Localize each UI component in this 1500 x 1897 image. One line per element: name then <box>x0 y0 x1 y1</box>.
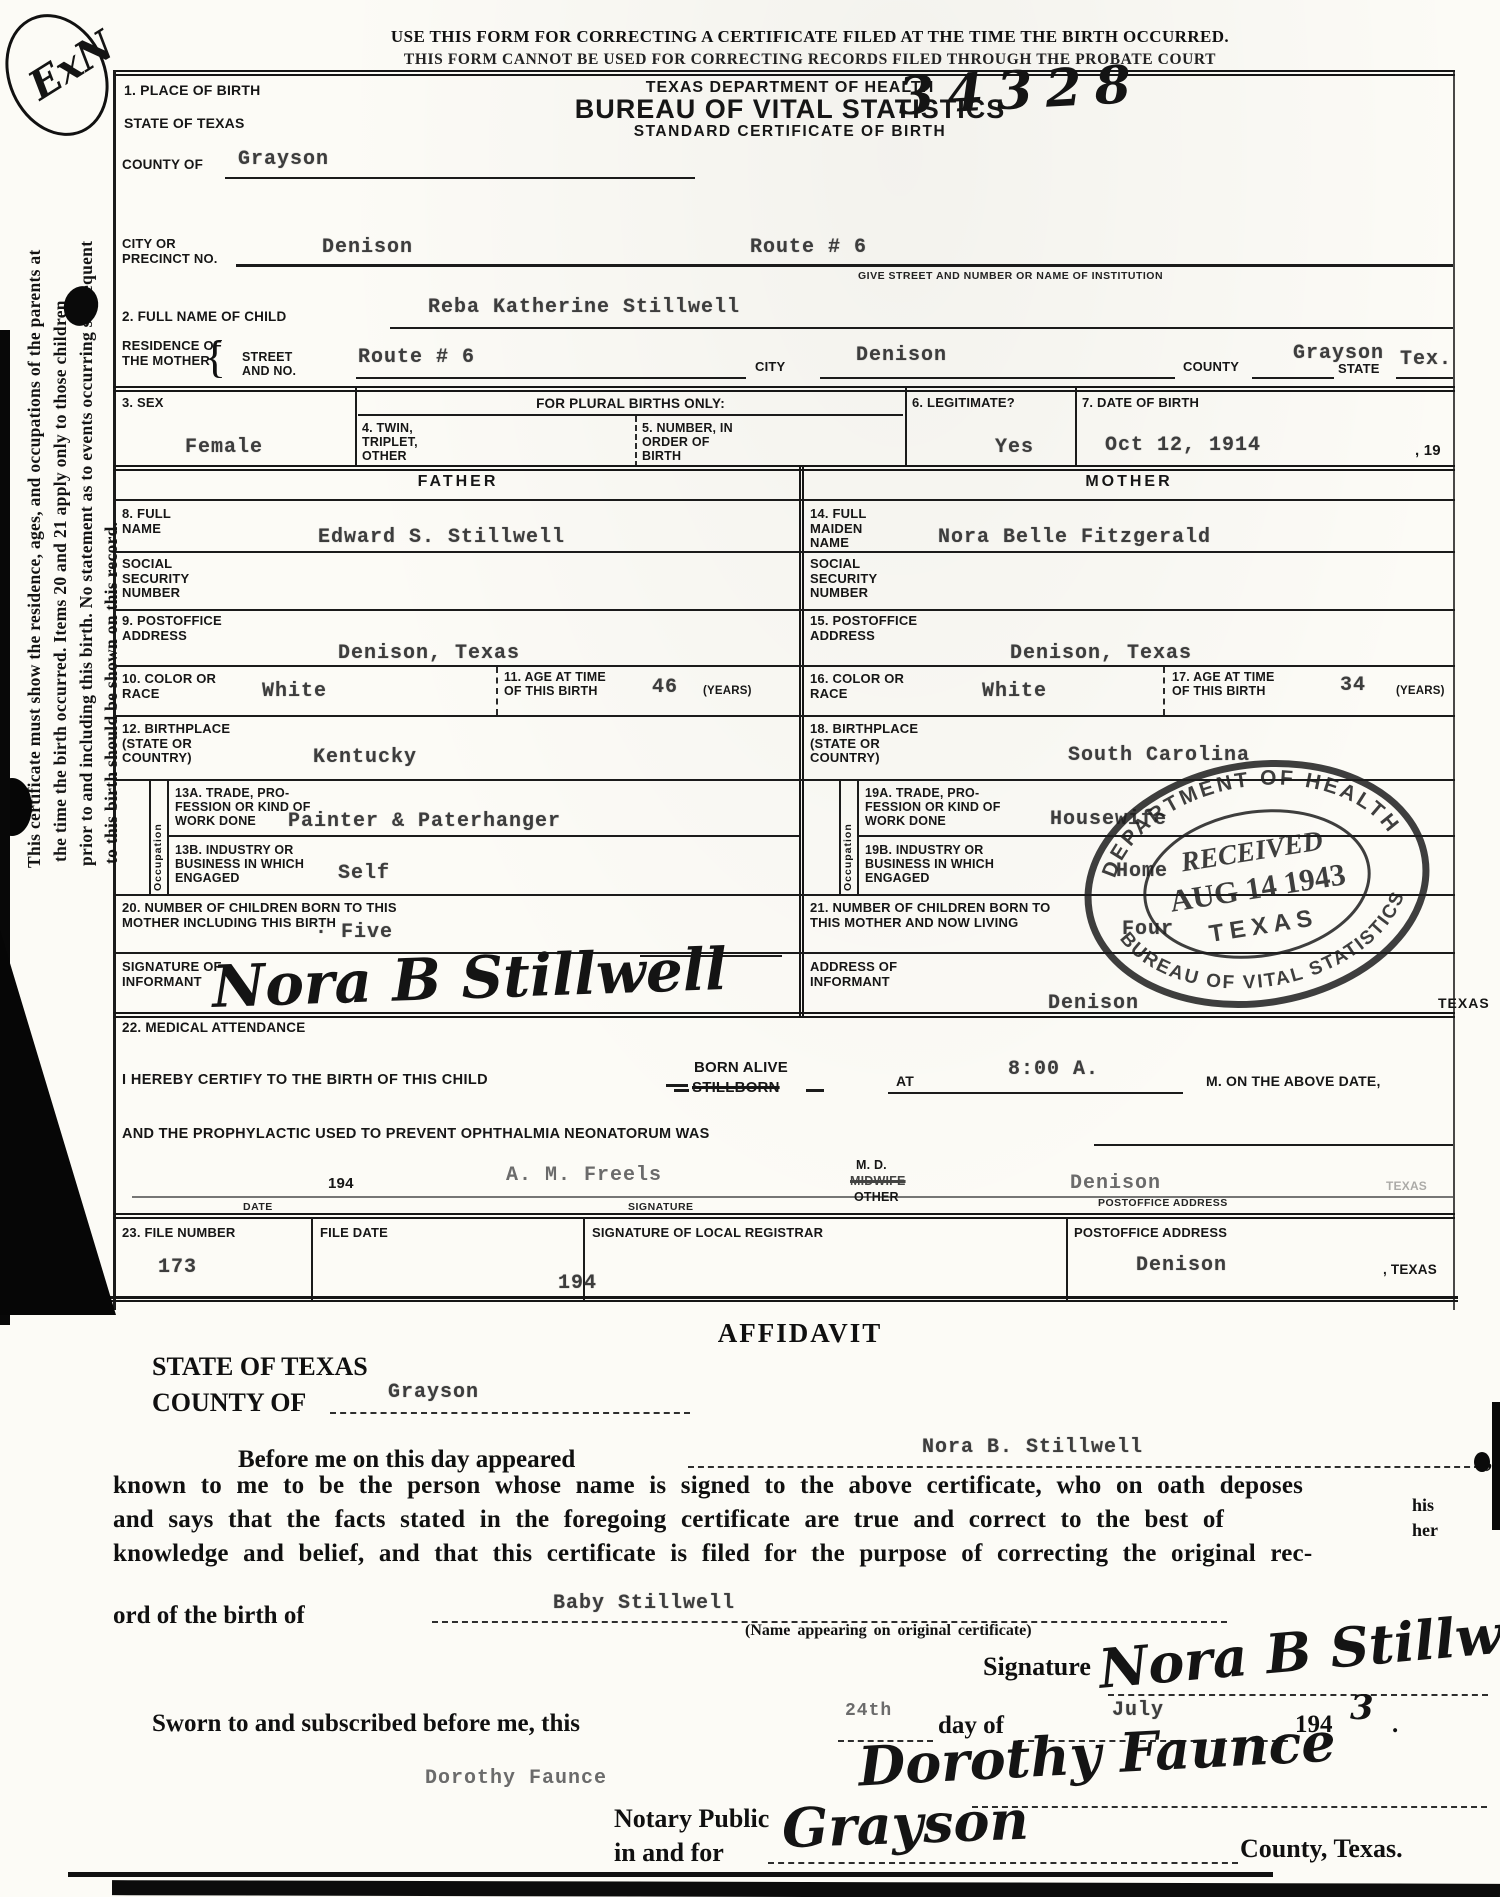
mother-birthplace-label: 18. BIRTHPLACE (STATE OR COUNTRY) <box>810 722 928 766</box>
attendant-signature-value: A. M. Freels <box>506 1164 662 1187</box>
mother-trade-label: 19A. TRADE, PRO-FESSION OR KIND OF WORK … <box>865 786 1023 828</box>
affidavit-his: his <box>1412 1495 1434 1516</box>
county-of-label: COUNTY OF <box>122 157 203 172</box>
affiant-signature-script: Nora B Stillwell <box>1096 1595 1500 1701</box>
sex-label: 3. SEX <box>122 396 164 411</box>
rule <box>132 1196 1453 1198</box>
residence-city-label: CITY <box>755 360 785 375</box>
notary-public-label: Notary Public <box>614 1804 769 1834</box>
informant-address-label: ADDRESS OF INFORMANT <box>810 960 945 989</box>
children-living-label: 21. NUMBER OF CHILDREN BORN TO THIS MOTH… <box>810 901 1075 930</box>
record-name-value: Baby Stillwell <box>553 1592 735 1615</box>
dotted-line <box>688 1466 1480 1468</box>
order-of-birth-label: 5. NUMBER, IN ORDER OF BIRTH <box>642 421 747 463</box>
postoffice-caption: POSTOFFICE ADDRESS <box>1098 1197 1228 1209</box>
mother-header: MOTHER <box>803 473 1455 491</box>
father-race-label: 10. COLOR OR RACE <box>122 672 222 701</box>
certificate-number: 34328 <box>897 54 1146 128</box>
mother-po-label: 15. POSTOFFICE ADDRESS <box>810 614 935 643</box>
father-po-value: Denison, Texas <box>338 642 520 665</box>
father-occupation-side-label: Occupation <box>152 823 164 891</box>
residence-brace: { <box>204 330 226 383</box>
father-industry-value: Self <box>338 862 390 885</box>
born-alive-label: BORN ALIVE <box>694 1060 788 1077</box>
divider <box>355 388 357 467</box>
affidavit-line1: known to me to be the person whose name … <box>113 1472 1303 1500</box>
father-birthplace-value: Kentucky <box>313 746 417 769</box>
dotted-line <box>330 1412 690 1414</box>
margin-note-line1: This certificate must show the residence… <box>24 249 45 868</box>
rule <box>806 1089 824 1092</box>
margin-note-line4: to this birth should be shown on this re… <box>101 522 122 864</box>
divider <box>167 781 169 894</box>
file-date-label: FILE DATE <box>320 1226 388 1241</box>
legitimate-value: Yes <box>995 436 1034 459</box>
notary-typed-name: Dorothy Faunce <box>425 1767 607 1790</box>
mother-ssn-label: SOCIAL SECURITY NUMBER <box>810 557 922 601</box>
sworn-period: . <box>1392 1711 1398 1739</box>
file-number-value: 173 <box>158 1256 197 1279</box>
rule <box>113 1213 1455 1219</box>
mother-age-label: 17. AGE AT TIME OF THIS BIRTH <box>1172 670 1294 698</box>
notary-signature-script: Dorothy Faunce <box>857 1710 1338 1799</box>
county-texas-label: County, Texas. <box>1240 1834 1403 1864</box>
child-name-value: Reba Katherine Stillwell <box>428 296 740 319</box>
scan-corner-wedge <box>0 930 116 1315</box>
other-label: OTHER <box>854 1190 899 1204</box>
affidavit-county-label: COUNTY OF <box>152 1388 306 1418</box>
twin-label: 4. TWIN, TRIPLET, OTHER <box>362 421 454 463</box>
father-header: FATHER <box>113 473 803 491</box>
residence-state-value: Tex. <box>1400 348 1452 371</box>
certify-suffix: M. ON THE ABOVE DATE, <box>1206 1074 1381 1090</box>
rule <box>113 386 1455 392</box>
md-label: M. D. <box>856 1158 887 1172</box>
city-or-precinct-label: CITY OR PRECINCT NO. <box>122 237 222 266</box>
stamp-texas: TEXAS <box>1207 904 1320 948</box>
rule <box>113 499 1455 501</box>
file-state-label: , TEXAS <box>1383 1262 1437 1277</box>
street-caption: GIVE STREET AND NUMBER OR NAME OF INSTIT… <box>858 270 1163 282</box>
in-and-for-label: in and for <box>614 1838 724 1868</box>
record-name-caption: (Name appearing on original certificate) <box>745 1622 1032 1640</box>
mother-age-value: 34 <box>1340 674 1366 697</box>
divider <box>635 416 637 467</box>
father-name-label: 8. FULL NAME <box>122 507 184 536</box>
divider <box>149 781 151 894</box>
date-caption: DATE <box>243 1201 273 1213</box>
affidavit-line4: ord of the birth of <box>113 1602 305 1630</box>
appeared-name-value: Nora B. Stillwell <box>922 1436 1143 1459</box>
standard-title: STANDARD CERTIFICATE OF BIRTH <box>460 123 1120 141</box>
father-age-label: 11. AGE AT TIME OF THIS BIRTH <box>504 670 622 698</box>
father-po-label: 9. POSTOFFICE ADDRESS <box>122 614 247 643</box>
midwife-label: MIDWIFE <box>850 1174 906 1188</box>
residence-county-label: COUNTY <box>1183 360 1239 375</box>
father-industry-label: 13B. INDUSTRY OR BUSINESS IN WHICH ENGAG… <box>175 843 327 885</box>
sworn-day-value: 24th <box>845 1701 892 1721</box>
city-value: Denison <box>322 236 413 259</box>
form-right-border <box>1453 70 1455 1310</box>
rule <box>236 264 1453 267</box>
rule <box>358 414 903 416</box>
residence-city-value: Denison <box>856 344 947 367</box>
prophylactic-text: AND THE PROPHYLACTIC USED TO PREVENT OPH… <box>122 1126 710 1142</box>
rule <box>110 1296 1458 1302</box>
scan-bottom-band <box>112 1880 1500 1897</box>
father-birthplace-label: 12. BIRTHPLACE (STATE OR COUNTRY) <box>122 722 240 766</box>
children-including-value: · Five <box>315 921 393 944</box>
rule <box>674 1089 689 1092</box>
dotted-line <box>768 1862 1238 1864</box>
rule <box>113 551 1455 553</box>
father-age-value: 46 <box>652 676 678 699</box>
affidavit-county-value: Grayson <box>388 1381 479 1404</box>
stamp-arc-bottom: BUREAU OF VITAL STATISTICS <box>1114 885 1421 1014</box>
dob-year-suffix: , 19 <box>1415 443 1441 460</box>
affidavit-her: her <box>1412 1520 1438 1541</box>
county-value: Grayson <box>238 148 329 171</box>
rule <box>113 70 1455 76</box>
route-value: Route # 6 <box>750 236 867 259</box>
divider <box>857 781 859 894</box>
rule <box>168 835 799 837</box>
bottom-rule <box>68 1872 1273 1877</box>
father-ssn-label: SOCIAL SECURITY NUMBER <box>122 557 234 601</box>
rule <box>820 377 1175 379</box>
mother-race-label: 16. COLOR OR RACE <box>810 672 910 701</box>
affidavit-line3: knowledge and belief, and that this cert… <box>113 1540 1312 1568</box>
divider <box>311 1218 313 1302</box>
signature-caption: SIGNATURE <box>628 1201 694 1213</box>
file-number-label: 23. FILE NUMBER <box>122 1226 236 1241</box>
birth-certificate-scan: ExN This certificate must show the resid… <box>0 0 1500 1897</box>
rule <box>113 665 1455 667</box>
year-handwritten: 3 <box>1350 1688 1374 1728</box>
rule <box>1396 377 1453 379</box>
father-name-value: Edward S. Stillwell <box>318 526 565 549</box>
mother-occupation-side-label: Occupation <box>842 823 854 891</box>
residence-county-value: Grayson <box>1293 342 1384 365</box>
file-po-value: Denison <box>1136 1254 1227 1277</box>
instruction-line1: USE THIS FORM FOR CORRECTING A CERTIFICA… <box>170 27 1450 47</box>
received-stamp: DEPARTMENT OF HEALTH BUREAU OF VITAL STA… <box>1072 700 1442 1068</box>
divider <box>496 667 498 715</box>
affidavit-state: STATE OF TEXAS <box>152 1352 368 1382</box>
mother-name-label: 14. FULL MAIDEN NAME <box>810 507 895 551</box>
attendant-year: 194 <box>328 1176 354 1193</box>
instruction-line2: THIS FORM CANNOT BE USED FOR CORRECTING … <box>170 51 1450 69</box>
full-name-of-child-label: 2. FULL NAME OF CHILD <box>122 309 286 324</box>
file-date-value: 194 <box>558 1272 597 1295</box>
attendant-po-value: Denison <box>1070 1172 1161 1195</box>
plural-births-header: FOR PLURAL BIRTHS ONLY: <box>358 396 903 411</box>
affidavit-title: AFFIDAVIT <box>640 1318 960 1349</box>
texas-label: TEXAS <box>1438 996 1490 1012</box>
mother-po-value: Denison, Texas <box>1010 642 1192 665</box>
sworn-text: Sworn to and subscribed before me, this <box>152 1710 580 1738</box>
mother-years-label: (YEARS) <box>1396 685 1445 698</box>
at-label: AT <box>896 1074 914 1090</box>
residence-street-value: Route # 6 <box>358 346 475 369</box>
mother-race-value: White <box>982 680 1047 703</box>
certify-text: I HEREBY CERTIFY TO THE BIRTH OF THIS CH… <box>122 1072 488 1088</box>
mother-name-value: Nora Belle Fitzgerald <box>938 526 1211 549</box>
rule <box>113 465 1455 471</box>
date-of-birth-label: 7. DATE OF BIRTH <box>1082 396 1199 411</box>
divider <box>839 781 841 894</box>
column-divider <box>799 465 804 1017</box>
rule <box>666 1084 688 1087</box>
medical-attendance-label: 22. MEDICAL ATTENDANCE <box>122 1020 305 1035</box>
scan-speck <box>1474 1452 1490 1472</box>
rule <box>390 327 1453 329</box>
svg-text:BUREAU OF VITAL STATISTICS: BUREAU OF VITAL STATISTICS <box>1114 885 1421 1014</box>
rule <box>113 609 1455 611</box>
rule <box>356 377 746 379</box>
father-race-value: White <box>262 680 327 703</box>
notary-county-script: Grayson <box>781 1788 1030 1861</box>
rule <box>1094 1144 1453 1146</box>
scan-edge-mark <box>1492 1402 1500 1530</box>
attendant-state-faint: TEXAS <box>1386 1180 1427 1194</box>
date-of-birth-value: Oct 12, 1914 <box>1105 434 1261 457</box>
appeared-label: Before me on this day appeared <box>238 1446 575 1474</box>
affidavit-line2: and says that the facts stated in the fo… <box>113 1506 1224 1534</box>
father-trade-value: Painter & Paterhanger <box>288 810 561 833</box>
legitimate-label: 6. LEGITIMATE? <box>912 396 1015 411</box>
street-and-no-label: STREET AND NO. <box>242 350 320 378</box>
place-of-birth-label: 1. PLACE OF BIRTH <box>124 83 260 99</box>
local-registrar-label: SIGNATURE OF LOCAL REGISTRAR <box>592 1226 823 1241</box>
margin-note-line3: prior to and including this birth. No st… <box>76 241 97 866</box>
divider <box>1075 388 1077 467</box>
sex-value: Female <box>185 436 263 459</box>
state-of-texas-label: STATE OF TEXAS <box>124 116 245 132</box>
rule <box>1252 377 1334 379</box>
margin-note-line2: the time the birth occurred. Items 20 an… <box>50 300 71 862</box>
rule <box>888 1092 1183 1094</box>
file-po-label: POSTOFFICE ADDRESS <box>1074 1226 1227 1241</box>
dotted-line <box>972 1806 1487 1808</box>
divider <box>905 388 907 467</box>
signature-label: Signature <box>983 1652 1091 1682</box>
stillborn-label: STILLBORN <box>692 1080 780 1097</box>
divider <box>1066 1218 1068 1302</box>
father-years-label: (YEARS) <box>703 685 752 698</box>
mother-industry-label: 19B. INDUSTRY OR BUSINESS IN WHICH ENGAG… <box>865 843 1023 885</box>
informant-signature-script: Nora B Stillwell <box>211 935 728 1021</box>
rule <box>225 177 695 179</box>
